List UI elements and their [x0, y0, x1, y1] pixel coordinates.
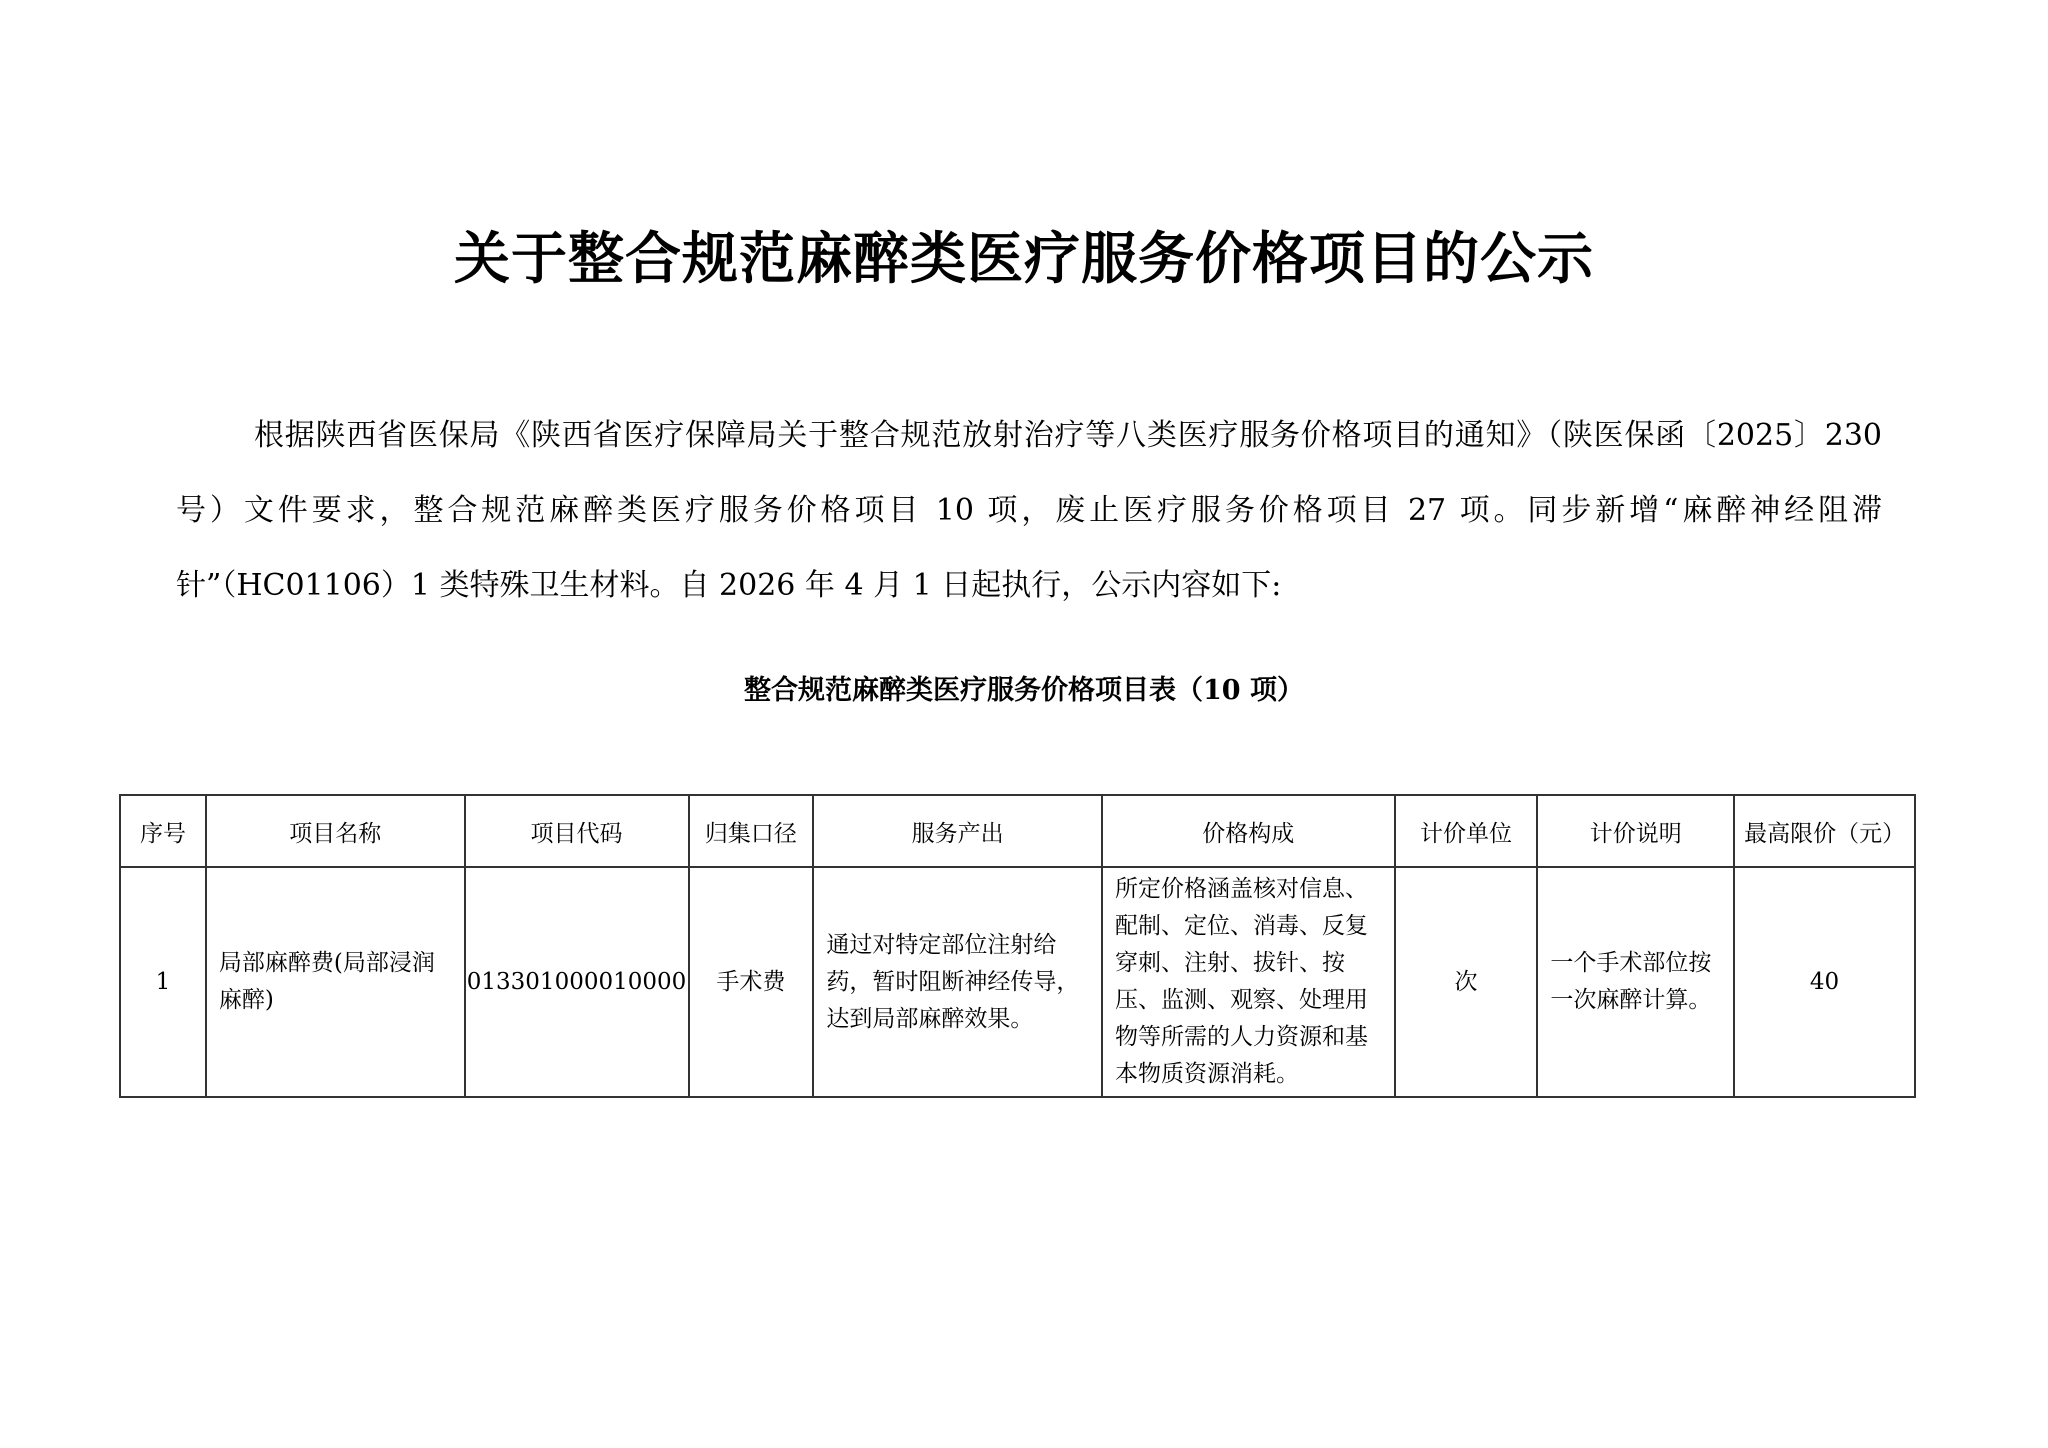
price-table: 序号 项目名称 项目代码 归集口径 服务产出 价格构成 计价单位 计价说明 最高…: [119, 794, 1916, 1098]
header-index: 序号: [120, 795, 206, 867]
header-price-composition: 价格构成: [1102, 795, 1395, 867]
cell-pricing-note: 一个手术部位按一次麻醉计算。: [1537, 867, 1734, 1097]
cell-price-composition: 所定价格涵盖核对信息、配制、定位、消毒、反复穿刺、注射、拔针、按压、监测、观察、…: [1102, 867, 1395, 1097]
cell-pricing-unit: 次: [1395, 867, 1538, 1097]
cell-max-price: 40: [1734, 867, 1915, 1097]
cell-category: 手术费: [689, 867, 814, 1097]
header-item-name: 项目名称: [206, 795, 465, 867]
table-header-row: 序号 项目名称 项目代码 归集口径 服务产出 价格构成 计价单位 计价说明 最高…: [120, 795, 1915, 867]
header-category: 归集口径: [689, 795, 814, 867]
table-row: 1 局部麻醉费(局部浸润麻醉) 013301000010000 手术费 通过对特…: [120, 867, 1915, 1097]
header-max-price: 最高限价（元）: [1734, 795, 1915, 867]
header-service-output: 服务产出: [813, 795, 1102, 867]
intro-paragraph: 根据陕西省医保局《陕西省医疗保障局关于整合规范放射治疗等八类医疗服务价格项目的通…: [176, 398, 1882, 623]
header-pricing-unit: 计价单位: [1395, 795, 1538, 867]
cell-service-output: 通过对特定部位注射给药，暂时阻断神经传导，达到局部麻醉效果。: [813, 867, 1102, 1097]
header-item-code: 项目代码: [465, 795, 689, 867]
document-title: 关于整合规范麻醉类医疗服务价格项目的公示: [0, 215, 2048, 295]
cell-item-name: 局部麻醉费(局部浸润麻醉): [206, 867, 465, 1097]
header-pricing-note: 计价说明: [1537, 795, 1734, 867]
cell-index: 1: [120, 867, 206, 1097]
table-caption: 整合规范麻醉类医疗服务价格项目表（10 项）: [0, 668, 2048, 707]
cell-item-code: 013301000010000: [465, 867, 689, 1097]
